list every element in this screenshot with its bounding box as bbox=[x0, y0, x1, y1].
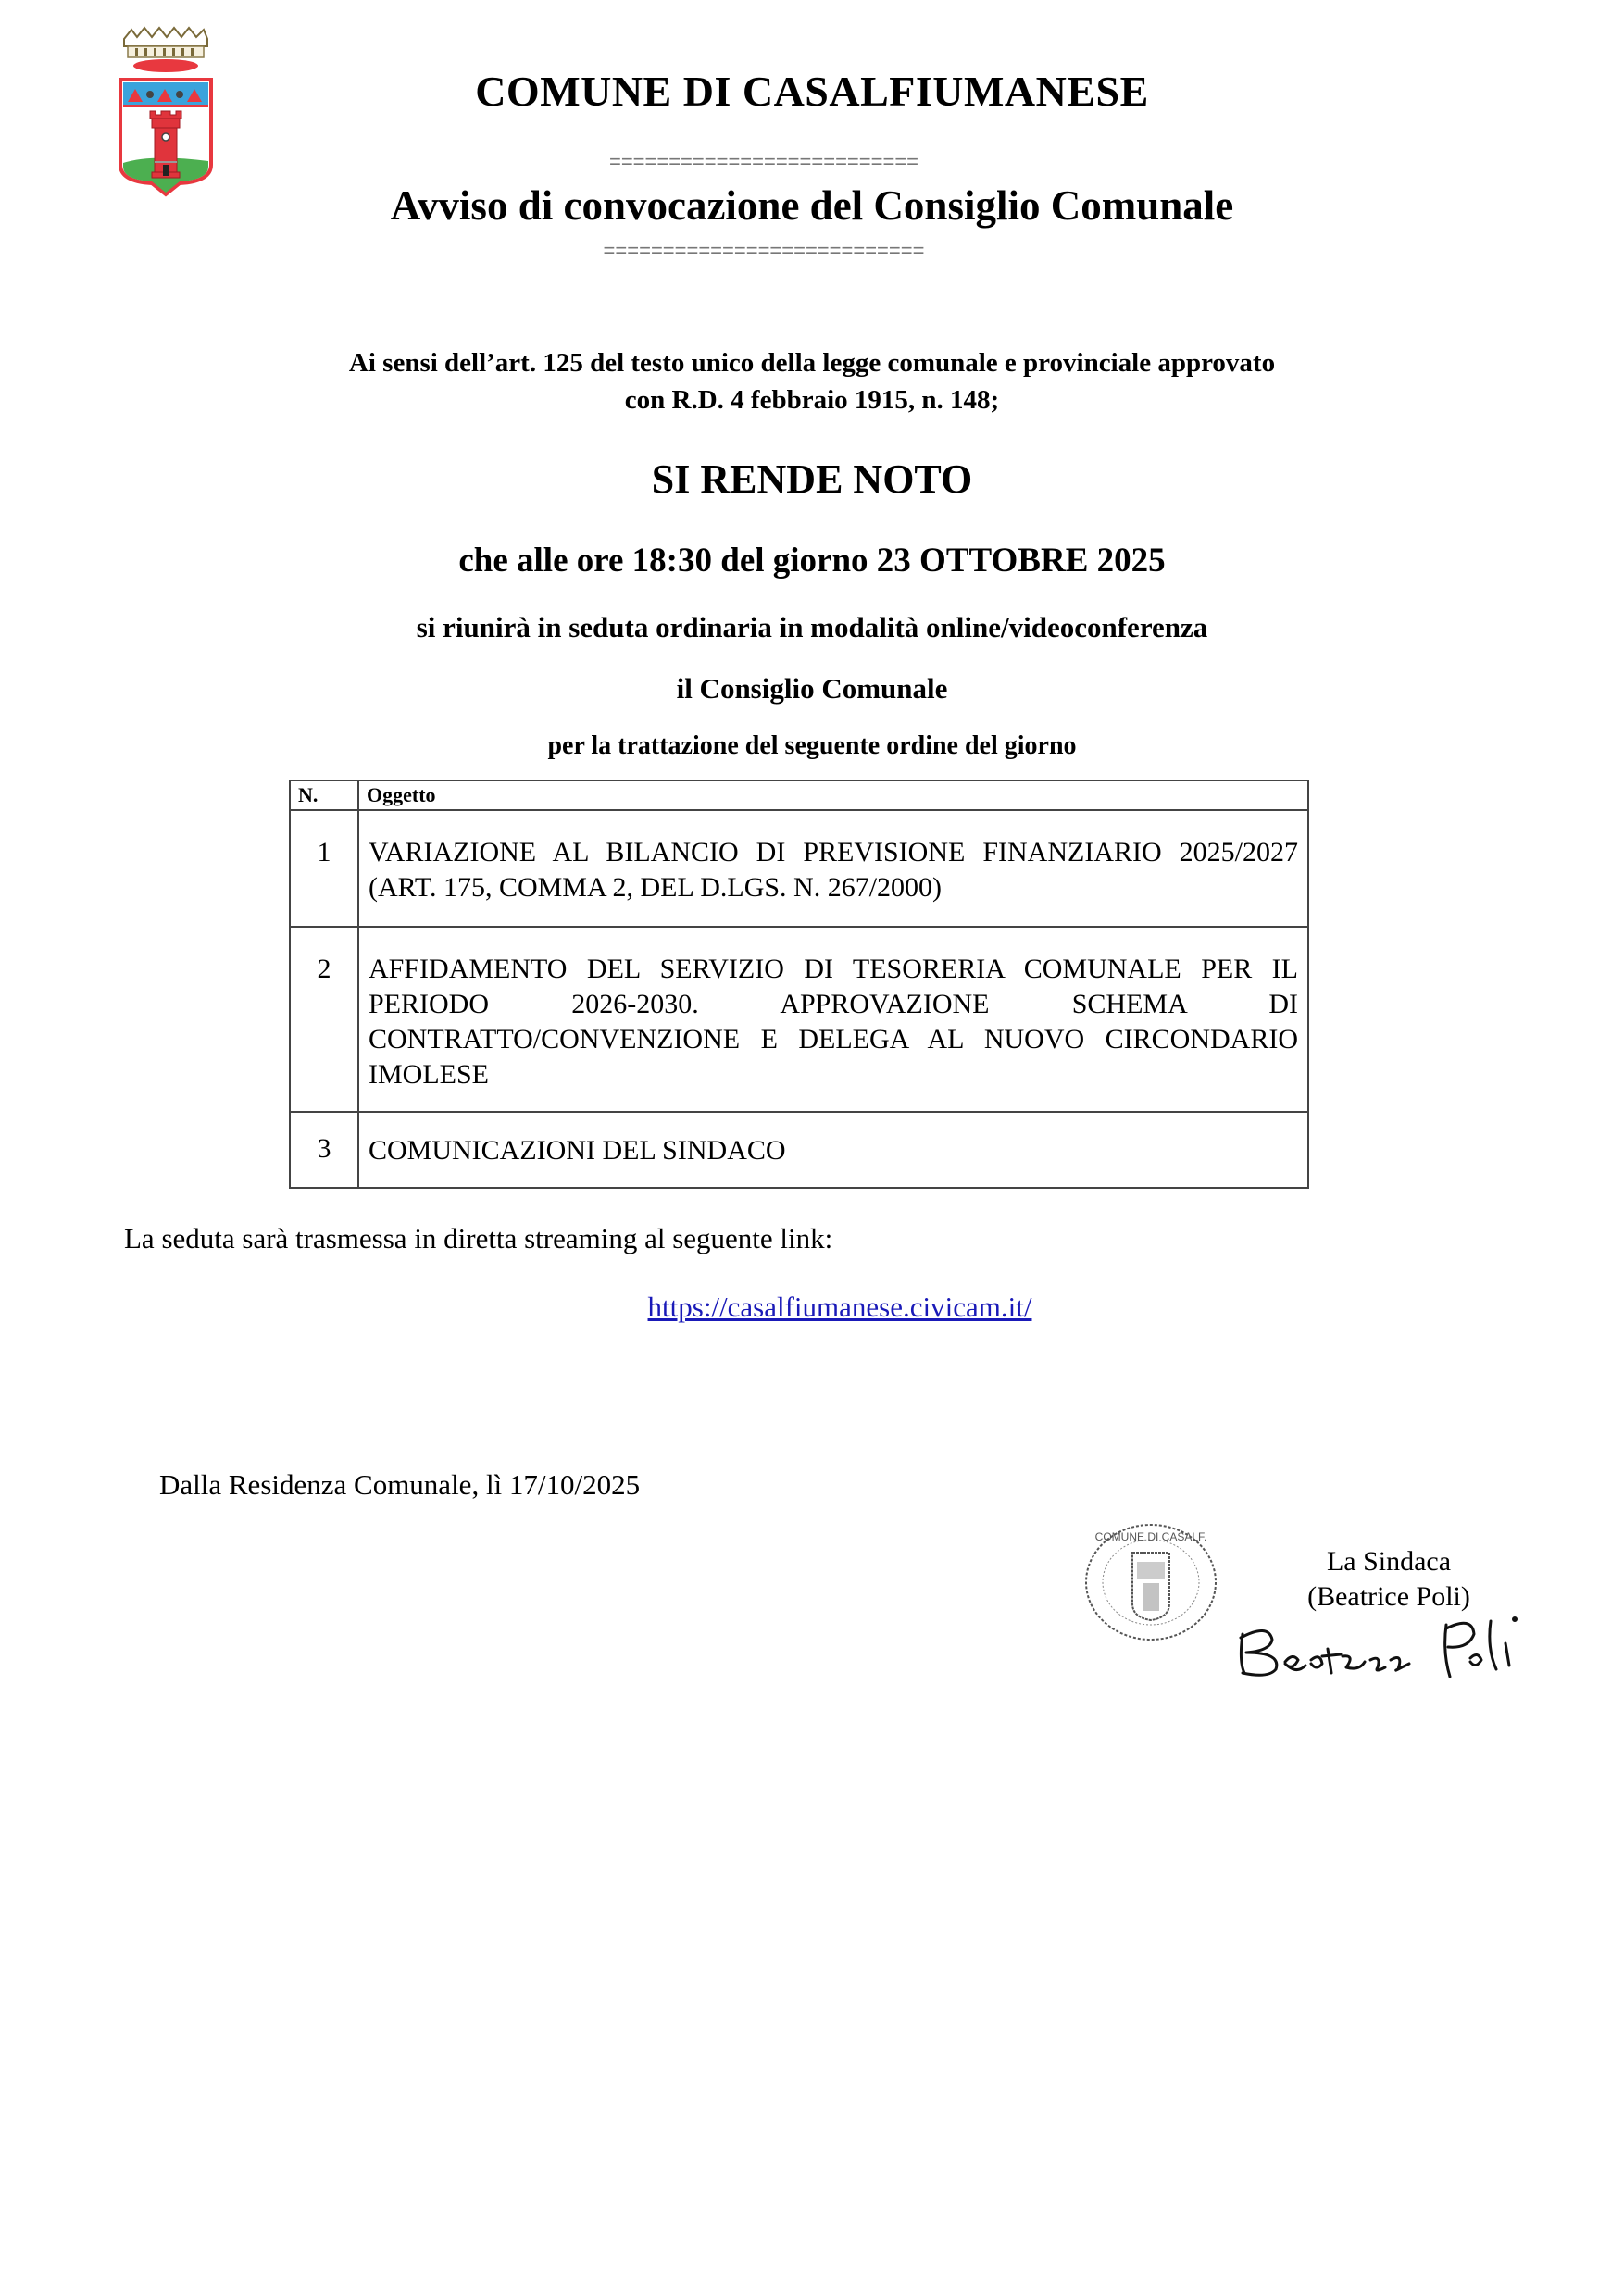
streaming-notice: La seduta sarà trasmessa in diretta stre… bbox=[124, 1222, 832, 1255]
column-header-subject: Oggetto bbox=[358, 780, 1308, 810]
issue-date: Dalla Residenza Comunale, lì 17/10/2025 bbox=[159, 1468, 640, 1502]
meeting-mode: si riunirà in seduta ordinaria in modali… bbox=[0, 611, 1624, 644]
agenda-item-subject: VARIAZIONE AL BILANCIO DI PREVISIONE FIN… bbox=[358, 810, 1308, 927]
column-header-number: N. bbox=[290, 780, 358, 810]
streaming-link[interactable]: https://casalfiumanese.civicam.it/ bbox=[648, 1291, 1032, 1323]
crown-icon bbox=[124, 28, 207, 72]
agenda-item-subject: AFFIDAMENTO DEL SERVIZIO DI TESORERIA CO… bbox=[358, 927, 1308, 1112]
handwritten-signature-icon bbox=[1231, 1606, 1537, 1680]
notice-subtitle: Avviso di convocazione del Consiglio Com… bbox=[0, 181, 1624, 230]
svg-text:COMUNE DI CASALF.: COMUNE DI CASALF. bbox=[1095, 1530, 1207, 1543]
notice-heading: SI RENDE NOTO bbox=[0, 455, 1624, 503]
signer-role: La Sindaca bbox=[1259, 1544, 1518, 1579]
official-seal-icon: COMUNE DI CASALF. bbox=[1081, 1520, 1220, 1645]
divider-bottom: =========================== bbox=[523, 241, 1005, 261]
agenda-item-number: 1 bbox=[290, 810, 358, 927]
municipality-title: COMUNE DI CASALFIUMANESE bbox=[0, 67, 1624, 116]
divider-top: ========================== bbox=[523, 152, 1005, 172]
meeting-datetime: che alle ore 18:30 del giorno 23 OTTOBRE… bbox=[0, 541, 1624, 580]
agenda-table: N. Oggetto 1 VARIAZIONE AL BILANCIO DI P… bbox=[289, 780, 1309, 1189]
table-row: 1 VARIAZIONE AL BILANCIO DI PREVISIONE F… bbox=[290, 810, 1308, 927]
agenda-header-row: N. Oggetto bbox=[290, 780, 1308, 810]
streaming-link-container: https://casalfiumanese.civicam.it/ bbox=[0, 1291, 1624, 1324]
council-label: il Consiglio Comunale bbox=[0, 672, 1624, 705]
legal-line-2: con R.D. 4 febbraio 1915, n. 148; bbox=[0, 381, 1624, 418]
agenda-item-number: 3 bbox=[290, 1112, 358, 1188]
legal-reference: Ai sensi dell’art. 125 del testo unico d… bbox=[0, 344, 1624, 418]
agenda-item-subject: COMUNICAZIONI DEL SINDACO bbox=[358, 1112, 1308, 1188]
agenda-item-number: 2 bbox=[290, 927, 358, 1112]
agenda-intro: per la trattazione del seguente ordine d… bbox=[0, 731, 1624, 761]
signature-block: La Sindaca (Beatrice Poli) bbox=[1259, 1544, 1518, 1615]
legal-line-1: Ai sensi dell’art. 125 del testo unico d… bbox=[0, 344, 1624, 381]
table-row: 2 AFFIDAMENTO DEL SERVIZIO DI TESORERIA … bbox=[290, 927, 1308, 1112]
table-row: 3 COMUNICAZIONI DEL SINDACO bbox=[290, 1112, 1308, 1188]
